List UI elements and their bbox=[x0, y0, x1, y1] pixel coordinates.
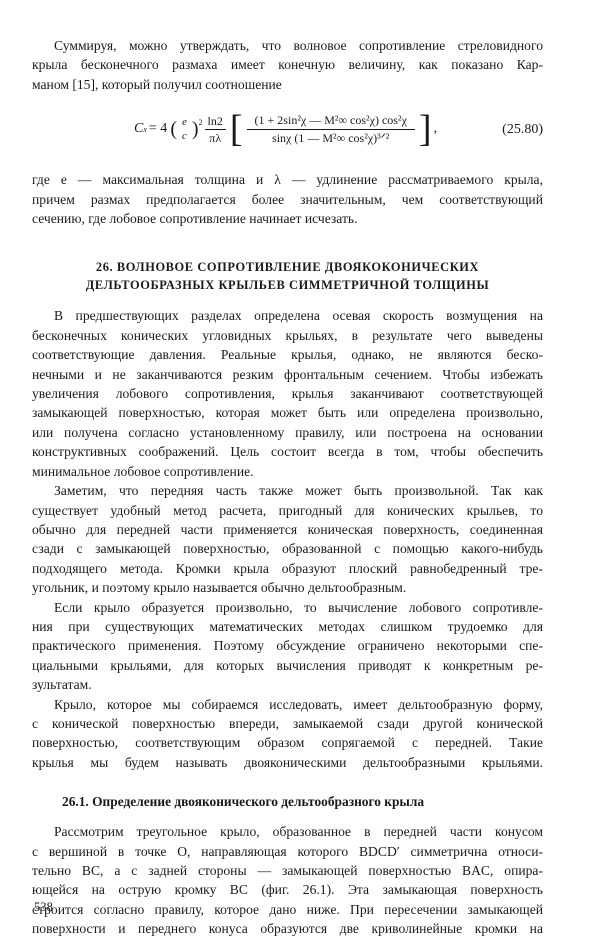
section-title-line-1: 26. ВОЛНОВОЕ СОПРОТИВЛЕНИЕ ДВОЯКОКОНИЧЕС… bbox=[32, 258, 543, 276]
eq-coef: = 4 bbox=[149, 121, 167, 137]
text-line: поверхностью, соответствующим образом со… bbox=[32, 733, 543, 752]
paragraph-4: Крыло, которое мы собираемся исследовать… bbox=[32, 695, 543, 773]
eq-lhs-sub: x bbox=[143, 125, 147, 134]
text-line: практического применения. Поэтому обсужд… bbox=[32, 636, 543, 655]
text-line: сечению, где лобовое сопротивление начин… bbox=[32, 209, 543, 228]
text-line: крылья мы будем называть двояконическими… bbox=[32, 753, 543, 772]
text-line: обычно для передней части применяется ко… bbox=[32, 520, 543, 539]
text-line: замыкающей поверхностью, которая может б… bbox=[32, 403, 543, 422]
text-line: нечными и не заканчиваются резким фронта… bbox=[32, 365, 543, 384]
text-line: строится согласно правилу, которое дано … bbox=[32, 900, 543, 919]
text-line: ющейся на острую кромку BC (фиг. 26.1). … bbox=[32, 880, 543, 899]
frac-num: (1 + 2sin²χ — M²∞ cos²χ) cos²χ bbox=[247, 113, 415, 130]
text-line: конструктивных соображений. Цель состоит… bbox=[32, 442, 543, 461]
frac-num: e bbox=[179, 116, 190, 129]
text-line: угольник, и поэтому крыло называется обы… bbox=[32, 578, 543, 597]
paragraph-1: В предшествующих разделах определена осе… bbox=[32, 306, 543, 481]
text-line: с конической поверхностью впереди, замык… bbox=[32, 714, 543, 733]
frac-den: sinχ (1 — M²∞ cos²χ)³ᐟ² bbox=[269, 130, 392, 145]
fraction-ln2: ln2πλ bbox=[205, 114, 226, 145]
text-line: крыла бесконечного размаха имеет конечну… bbox=[32, 55, 543, 74]
fraction-e-c: ec bbox=[179, 116, 190, 142]
text-line: В предшествующих разделах определена осе… bbox=[32, 306, 543, 325]
bracket-open: [ bbox=[230, 110, 243, 148]
text-line: минимальное лобовое сопротивление. bbox=[32, 462, 543, 481]
eq-power: 2 bbox=[199, 118, 203, 127]
intro-paragraph: Суммируя, можно утверждать, что волновое… bbox=[32, 36, 543, 94]
text-line: причем размах предполагается более значи… bbox=[32, 190, 543, 209]
eq-trailing: , bbox=[434, 121, 438, 137]
text-line: сзади с замыкающей поверхностью, образов… bbox=[32, 539, 543, 558]
text-line: Суммируя, можно утверждать, что волновое… bbox=[32, 36, 543, 55]
bracket-close: ] bbox=[419, 110, 432, 148]
text-line: ния при существующих математических мето… bbox=[32, 617, 543, 636]
section-title-line-2: ДЕЛЬТООБРАЗНЫХ КРЫЛЬЕВ СИММЕТРИЧНОЙ ТОЛЩ… bbox=[32, 276, 543, 294]
paren-close: ) bbox=[192, 118, 199, 141]
text-line: Заметим, что передняя часть также может … bbox=[32, 481, 543, 500]
paragraph-2: Заметим, что передняя часть также может … bbox=[32, 481, 543, 597]
text-line: Крыло, которое мы собираемся исследовать… bbox=[32, 695, 543, 714]
after-equation-paragraph: где e — максимальная толщина и λ — удлин… bbox=[32, 170, 543, 228]
eq-lhs: C bbox=[134, 121, 143, 137]
text-line: зультатам. bbox=[32, 675, 543, 694]
section-heading: 26. ВОЛНОВОЕ СОПРОТИВЛЕНИЕ ДВОЯКОКОНИЧЕС… bbox=[32, 258, 543, 294]
paren-open: ( bbox=[170, 118, 177, 141]
text-line: поверхности и переднего конуса образуютс… bbox=[32, 919, 543, 938]
subsection-heading: 26.1. Определение двояконического дельто… bbox=[62, 794, 543, 810]
text-line: подходящего метода. Кромки крыла образую… bbox=[32, 559, 543, 578]
text-line: циальными крыльями, для которых вычислен… bbox=[32, 656, 543, 675]
text-line: с вершиной в точке O, направляющая котор… bbox=[32, 842, 543, 861]
frac-den: c bbox=[179, 129, 190, 142]
equation-25-80: Cx = 4 ( ec ) 2 ln2πλ [ (1 + 2sin²χ — M²… bbox=[32, 106, 543, 158]
page-number: 538 bbox=[34, 900, 53, 915]
subsection-paragraph: Рассмотрим треугольное крыло, образованн… bbox=[32, 822, 543, 938]
page-content: Суммируя, можно утверждать, что волновое… bbox=[32, 36, 543, 939]
text-line: маном [15], который получил соотношение bbox=[32, 75, 543, 94]
text-line: бесконечных конических угловидных крылья… bbox=[32, 326, 543, 345]
text-line: увеличения лобового сопротивления, крыль… bbox=[32, 384, 543, 403]
text-line: Если крыло образуется произвольно, то вы… bbox=[32, 598, 543, 617]
text-line: Рассмотрим треугольное крыло, образованн… bbox=[32, 822, 543, 841]
text-line: где e — максимальная толщина и λ — удлин… bbox=[32, 170, 543, 189]
text-line: тельно BC, а с задней стороны — замыкающ… bbox=[32, 861, 543, 880]
text-line: соответствующие давления. Реальные крыль… bbox=[32, 345, 543, 364]
text-line: существует удобный метод расчета, пригод… bbox=[32, 501, 543, 520]
equation-number: (25.80) bbox=[502, 122, 543, 138]
text-line: или получена согласно установленному пра… bbox=[32, 423, 543, 442]
paragraph-3: Если крыло образуется произвольно, то вы… bbox=[32, 598, 543, 695]
frac-den: πλ bbox=[206, 130, 224, 145]
fraction-main: (1 + 2sin²χ — M²∞ cos²χ) cos²χsinχ (1 — … bbox=[247, 113, 415, 145]
frac-num: ln2 bbox=[205, 114, 226, 130]
equation-body: Cx = 4 ( ec ) 2 ln2πλ [ (1 + 2sin²χ — M²… bbox=[134, 110, 437, 148]
